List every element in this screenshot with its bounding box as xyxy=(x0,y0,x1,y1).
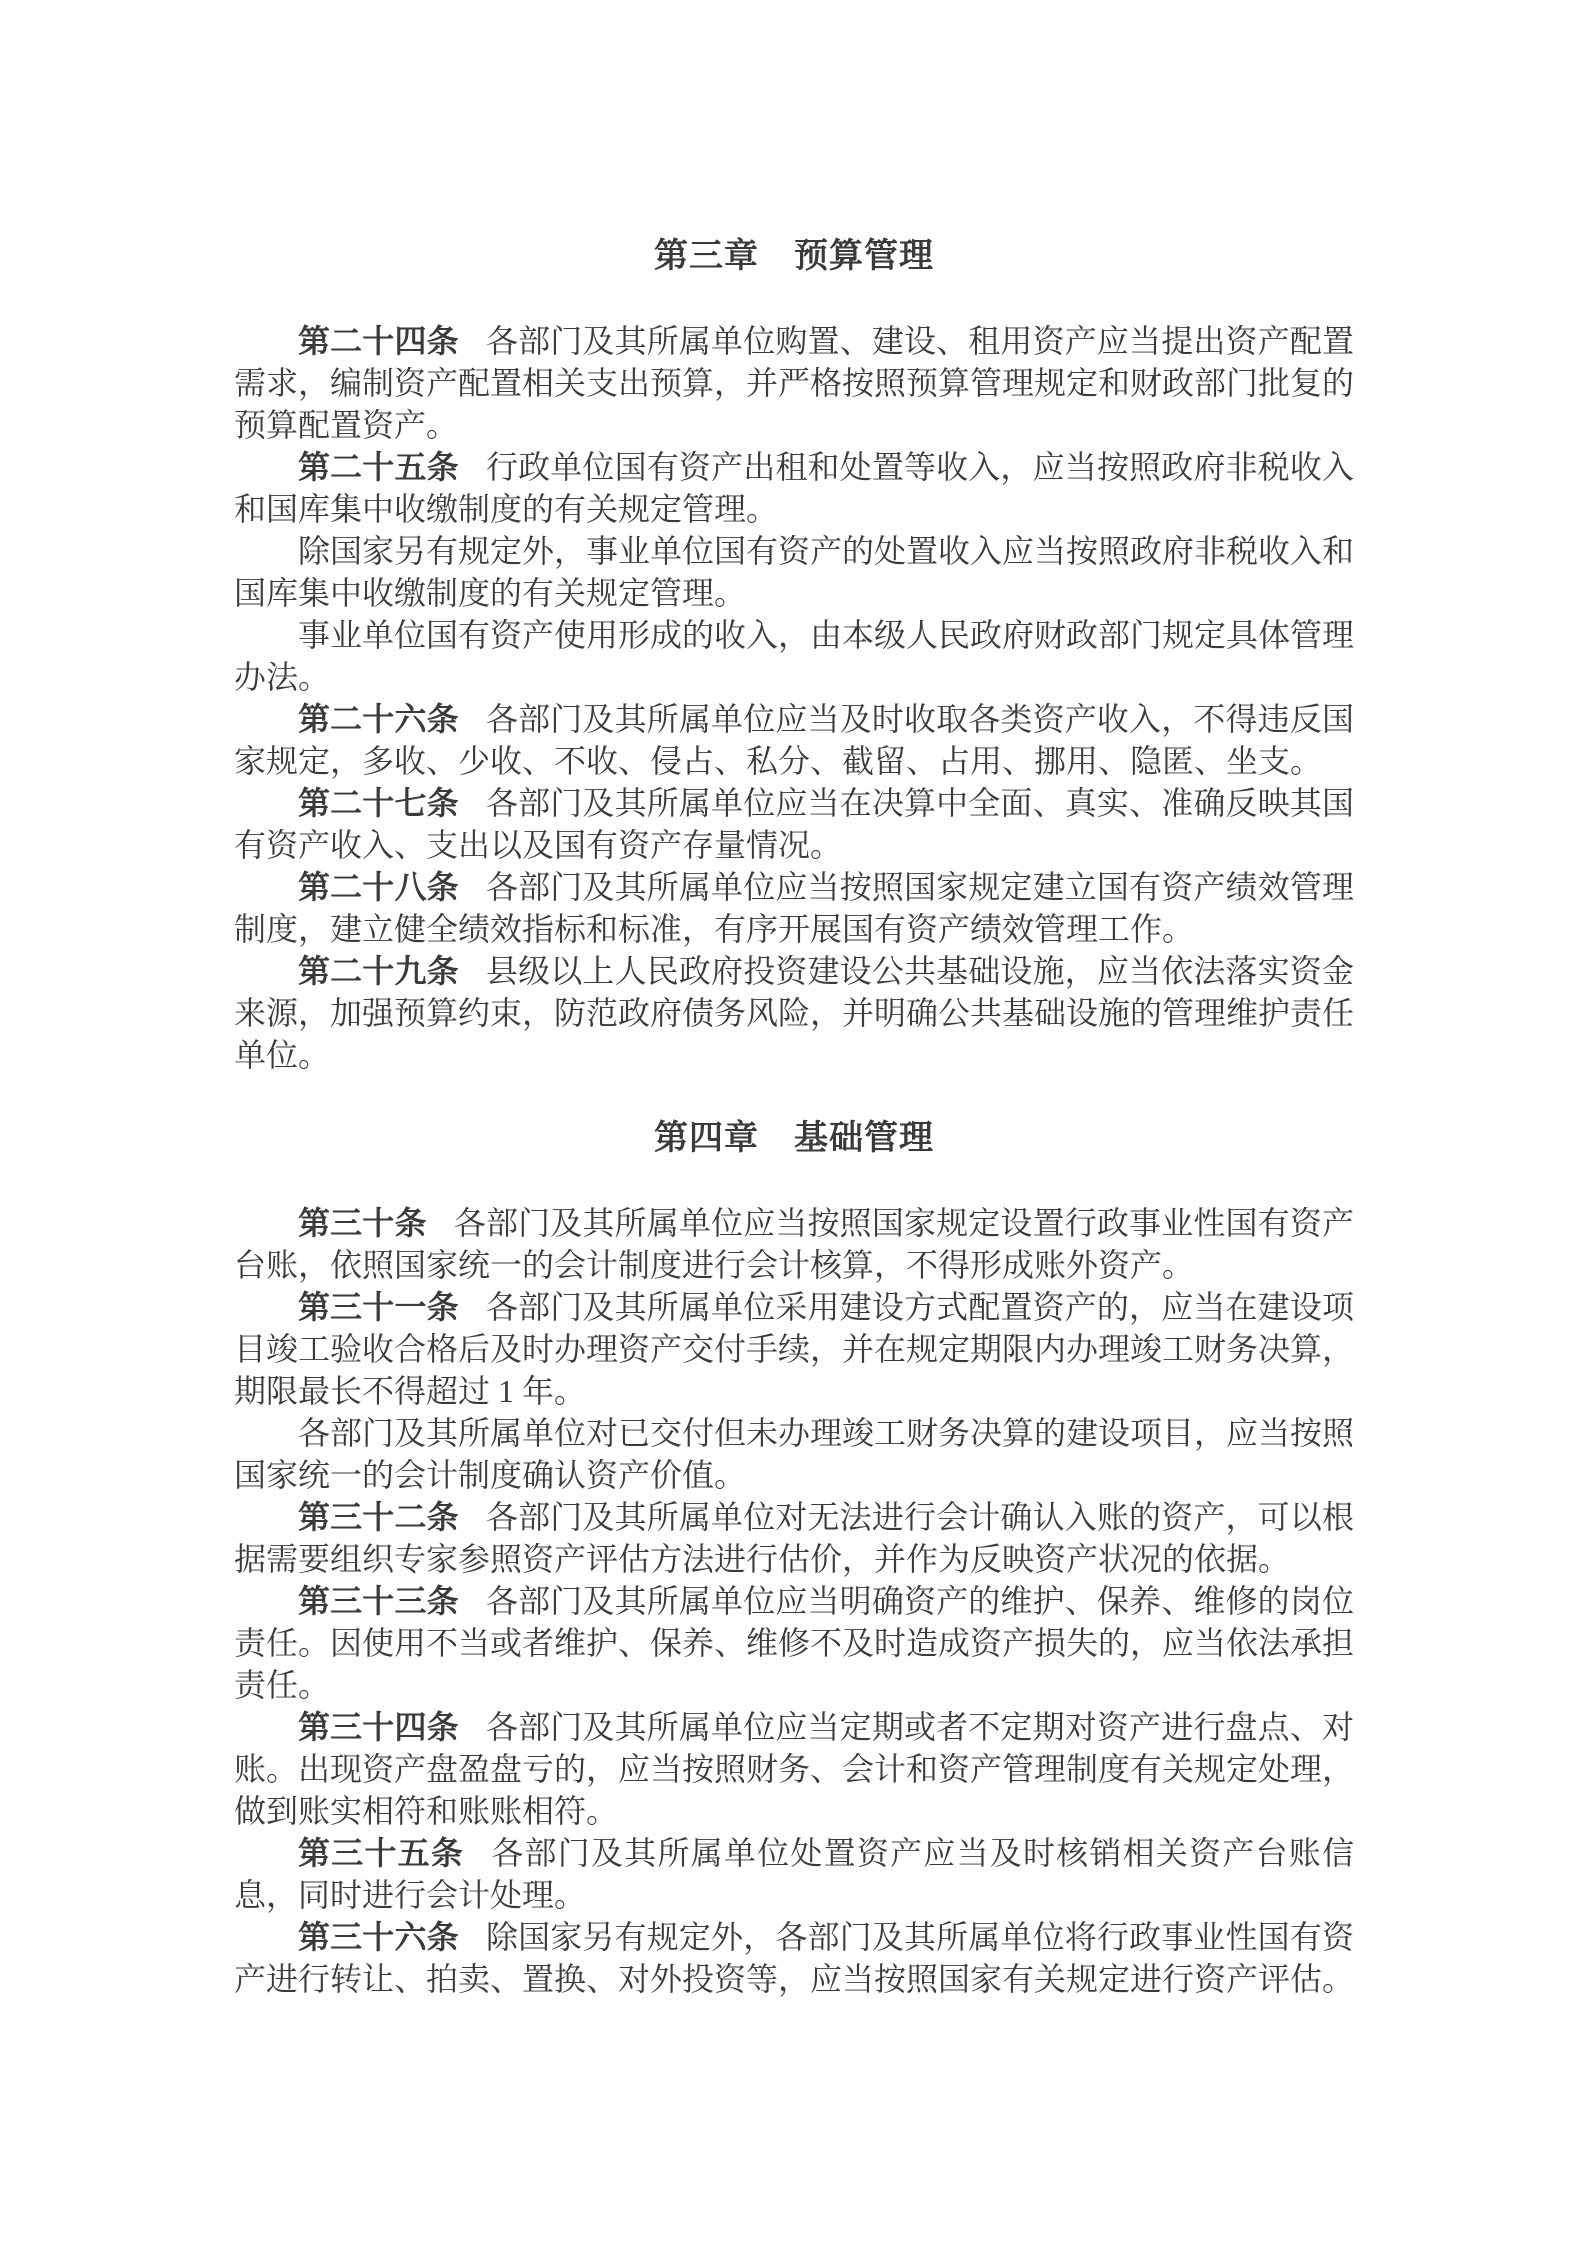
article-paragraph: 第三十六条除国家另有规定外，各部门及其所属单位将行政事业性国有资产进行转让、拍卖… xyxy=(234,1916,1354,2000)
article-number: 第二十八条 xyxy=(298,869,459,905)
article-paragraph: 第三十条各部门及其所属单位应当按照国家规定设置行政事业性国有资产台账，依照国家统… xyxy=(234,1202,1354,1286)
article-number: 第三十三条 xyxy=(298,1583,459,1619)
article-paragraph: 事业单位国有资产使用形成的收入，由本级人民政府财政部门规定具体管理办法。 xyxy=(234,614,1354,698)
chapter-heading: 第四章 基础管理 xyxy=(234,1118,1354,1160)
article-number: 第三十四条 xyxy=(298,1709,459,1745)
article-paragraph: 第三十三条各部门及其所属单位应当明确资产的维护、保养、维修的岗位责任。因使用不当… xyxy=(234,1580,1354,1706)
article-paragraph: 第三十五条各部门及其所属单位处置资产应当及时核销相关资产台账信息，同时进行会计处… xyxy=(234,1832,1354,1916)
article-number: 第三十二条 xyxy=(298,1499,459,1535)
chapter-section-3: 第三章 预算管理 第二十四条各部门及其所属单位购置、建设、租用资产应当提出资产配… xyxy=(234,236,1354,1076)
article-paragraph: 第三十四条各部门及其所属单位应当定期或者不定期对资产进行盘点、对账。出现资产盘盈… xyxy=(234,1706,1354,1832)
article-number: 第三十条 xyxy=(298,1205,427,1241)
chapter-section-4: 第四章 基础管理 第三十条各部门及其所属单位应当按照国家规定设置行政事业性国有资… xyxy=(234,1118,1354,2000)
article-number: 第二十五条 xyxy=(298,449,459,485)
article-number: 第二十七条 xyxy=(298,785,459,821)
article-paragraph: 第二十五条行政单位国有资产出租和处置等收入，应当按照政府非税收入和国库集中收缴制… xyxy=(234,446,1354,530)
article-number: 第二十四条 xyxy=(298,323,459,359)
document-page: 第三章 预算管理 第二十四条各部门及其所属单位购置、建设、租用资产应当提出资产配… xyxy=(0,0,1587,2245)
article-number: 第三十六条 xyxy=(298,1919,459,1955)
article-paragraph: 第三十二条各部门及其所属单位对无法进行会计确认入账的资产，可以根据需要组织专家参… xyxy=(234,1496,1354,1580)
article-number: 第三十一条 xyxy=(298,1289,459,1325)
article-paragraph: 第二十七条各部门及其所属单位应当在决算中全面、真实、准确反映其国有资产收入、支出… xyxy=(234,782,1354,866)
article-number: 第三十五条 xyxy=(298,1835,464,1871)
article-paragraph: 第二十八条各部门及其所属单位应当按照国家规定建立国有资产绩效管理制度，建立健全绩… xyxy=(234,866,1354,950)
article-paragraph: 第二十九条县级以上人民政府投资建设公共基础设施，应当依法落实资金来源，加强预算约… xyxy=(234,950,1354,1076)
article-number: 第二十九条 xyxy=(298,953,459,989)
article-text: 事业单位国有资产使用形成的收入，由本级人民政府财政部门规定具体管理办法。 xyxy=(234,617,1354,695)
article-paragraph: 第二十六条各部门及其所属单位应当及时收取各类资产收入，不得违反国家规定，多收、少… xyxy=(234,698,1354,782)
chapter-heading: 第三章 预算管理 xyxy=(234,236,1354,278)
article-paragraph: 第三十一条各部门及其所属单位采用建设方式配置资产的，应当在建设项目竣工验收合格后… xyxy=(234,1286,1354,1412)
article-paragraph: 第二十四条各部门及其所属单位购置、建设、租用资产应当提出资产配置需求，编制资产配… xyxy=(234,320,1354,446)
article-paragraph: 除国家另有规定外，事业单位国有资产的处置收入应当按照政府非税收入和国库集中收缴制… xyxy=(234,530,1354,614)
article-paragraph: 各部门及其所属单位对已交付但未办理竣工财务决算的建设项目，应当按照国家统一的会计… xyxy=(234,1412,1354,1496)
article-number: 第二十六条 xyxy=(298,701,459,737)
article-text: 各部门及其所属单位对已交付但未办理竣工财务决算的建设项目，应当按照国家统一的会计… xyxy=(234,1415,1354,1493)
article-text: 除国家另有规定外，事业单位国有资产的处置收入应当按照政府非税收入和国库集中收缴制… xyxy=(234,533,1354,611)
